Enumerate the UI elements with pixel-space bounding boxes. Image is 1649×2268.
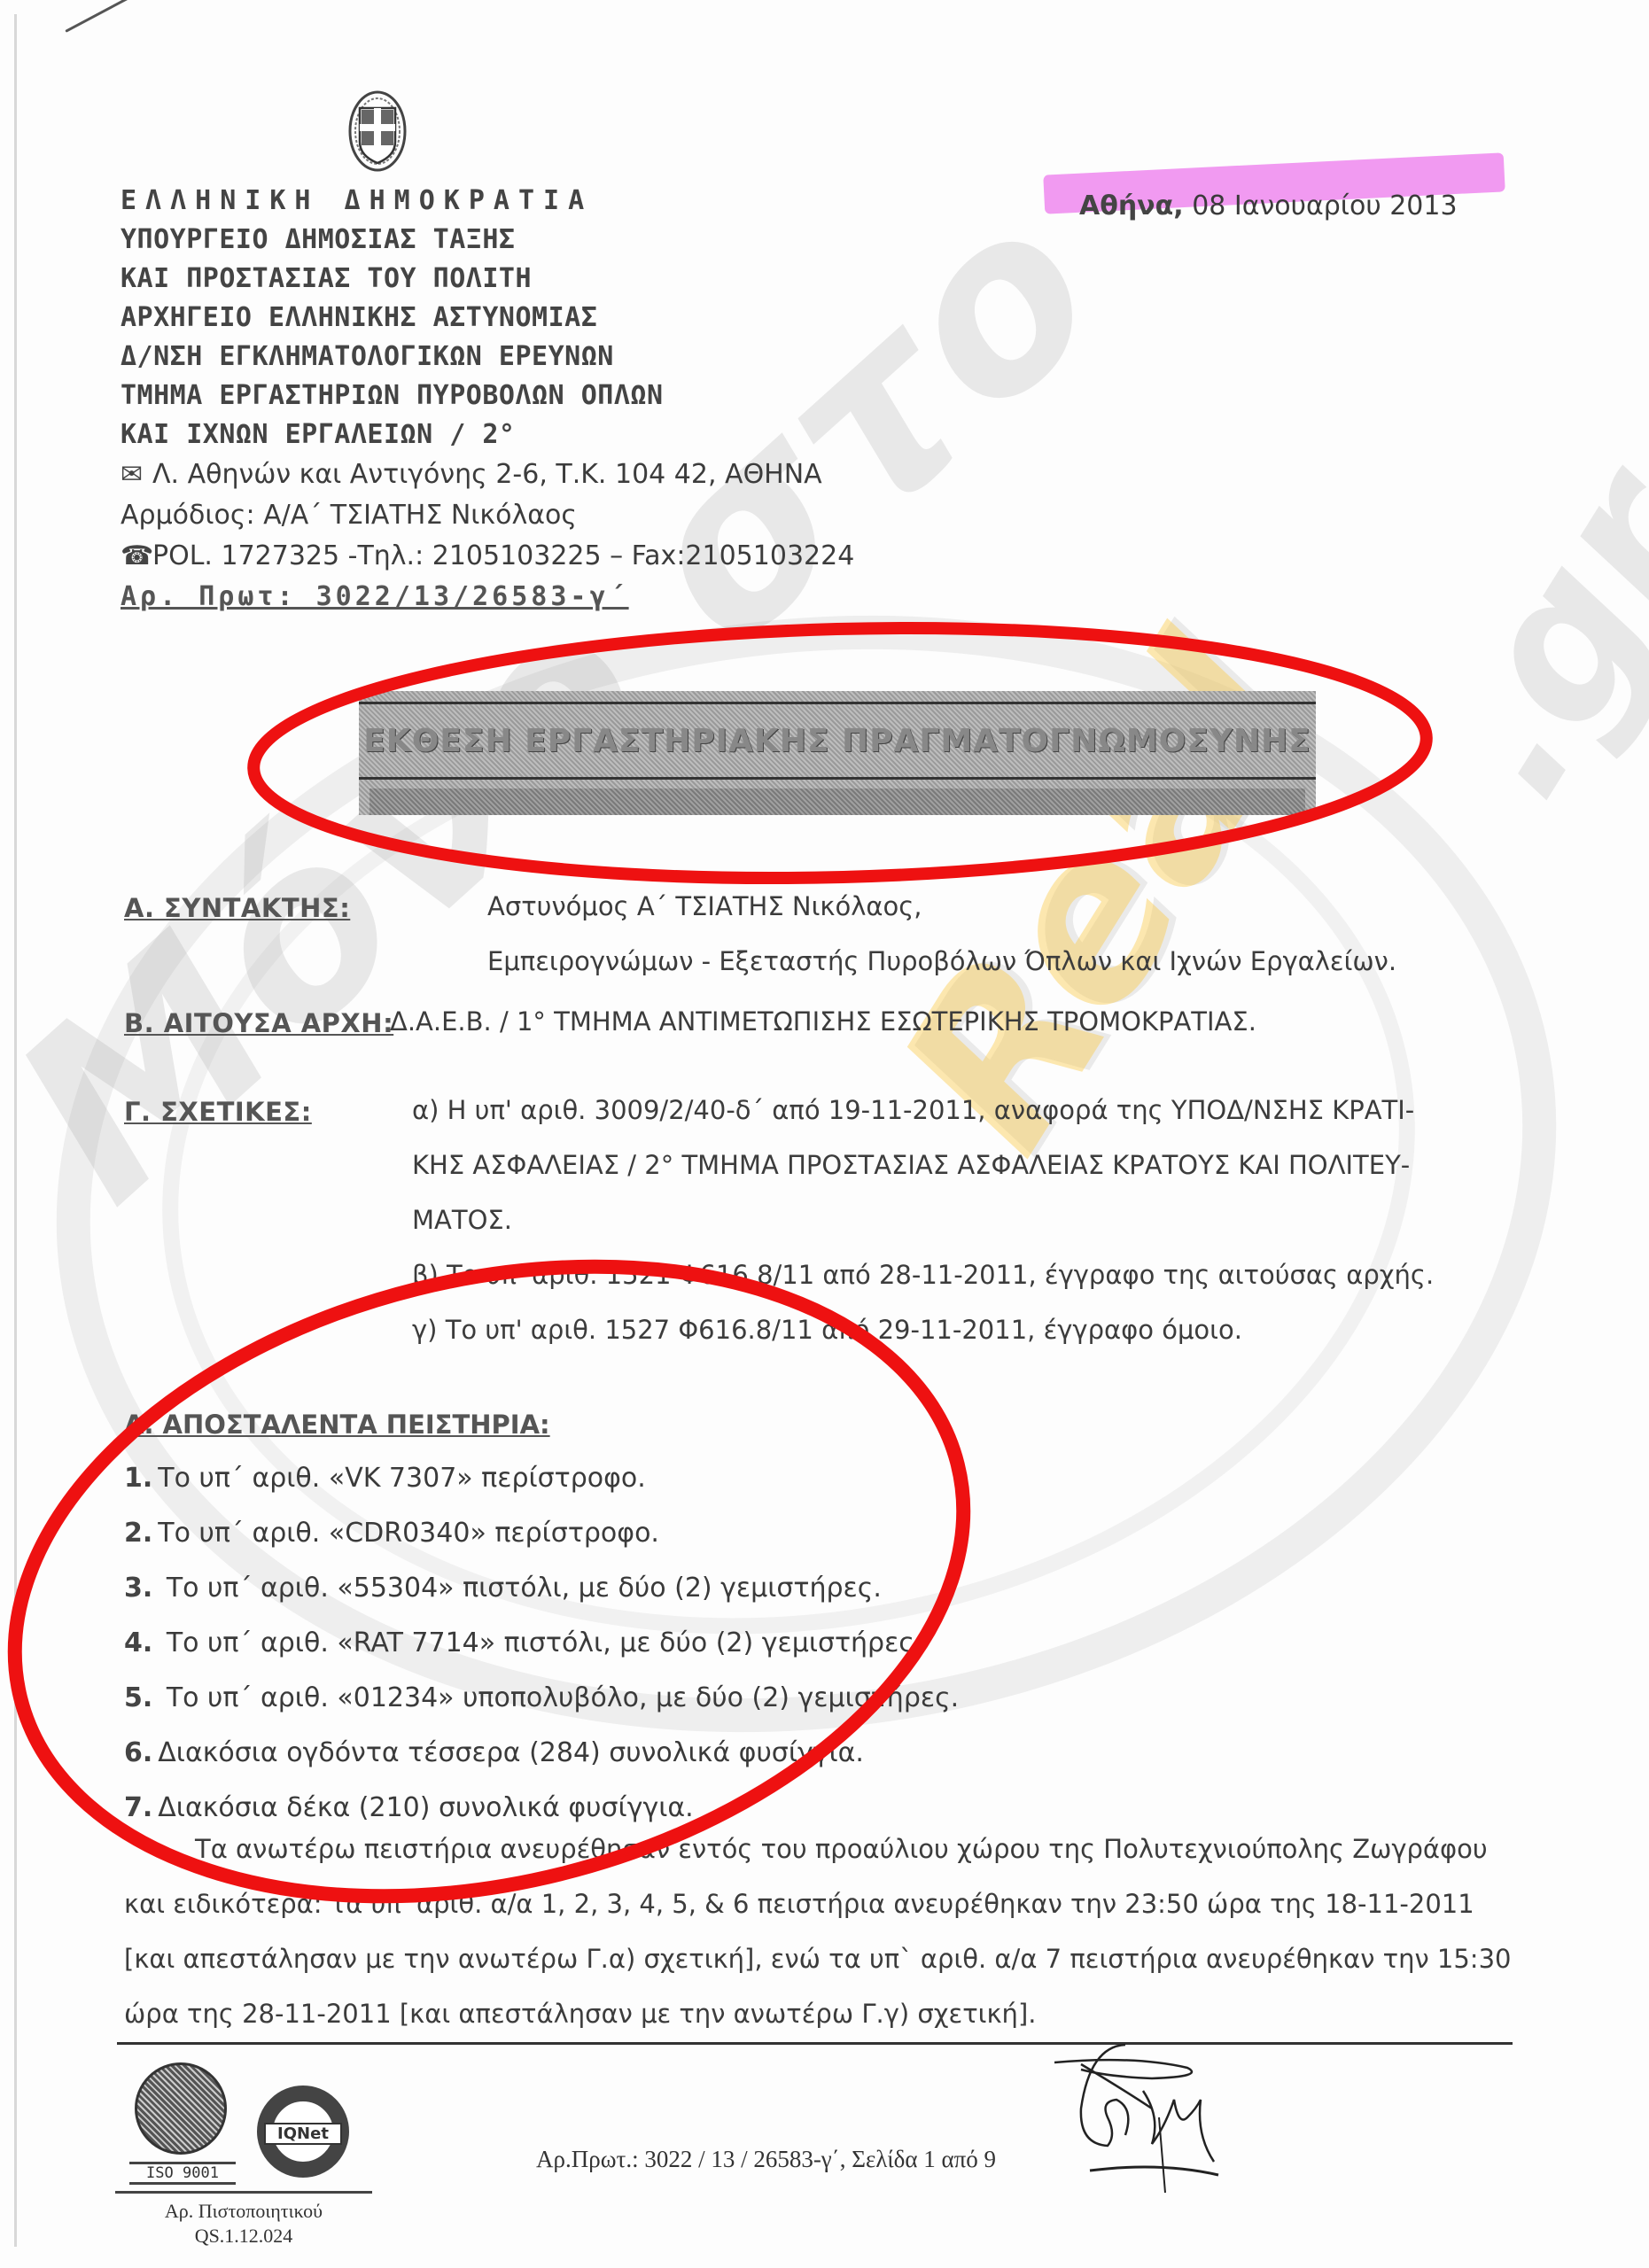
date-city: Αθήνα,: [1079, 190, 1184, 221]
org-line: ΤΜΗΜΑ ΕΡΓΑΣΤΗΡΙΩΝ ΠΥΡΟΒΟΛΩΝ ΟΠΛΩΝ: [121, 377, 854, 416]
certification-logos: ISO 9001 IQNet: [115, 2055, 363, 2188]
certificate-divider: [115, 2191, 372, 2194]
org-line: ΥΠΟΥΡΓΕΙΟ ΔΗΜΟΣΙΑΣ ΤΑΞΗΣ: [121, 221, 854, 260]
address-text: Λ. Αθηνών και Αντιγόνης 2-6, Τ.Κ. 104 42…: [152, 459, 822, 490]
iso-label: ISO 9001: [129, 2162, 236, 2185]
pen-mark: [65, 0, 141, 33]
envelope-icon: ✉: [121, 454, 152, 495]
footer-divider: [117, 2042, 1513, 2045]
evidence-item: 6.Διακόσια ογδόντα τέσσερα (284) συνολικ…: [124, 1726, 959, 1781]
related-line: α) Η υπ' αριθ. 3009/2/40-δ΄ από 19-11-20…: [412, 1083, 1434, 1138]
watermark-tld: .gr: [1382, 434, 1649, 834]
requesting-authority-text: Δ.Α.Ε.Β. / 1° ΤΜΗΜΑ ΑΝΤΙΜΕΤΩΠΙΣΗΣ ΕΣΩΤΕΡ…: [390, 994, 1256, 1049]
contact-phone: ☎POL. 1727325 -Τηλ.: 2105103225 – Fax:21…: [121, 536, 854, 577]
document-date: Αθήνα, 08 Ιανουαρίου 2013: [1079, 190, 1458, 221]
phone-text: POL. 1727325 -Τηλ.: 2105103225 – Fax:210…: [152, 540, 854, 571]
related-line: ΜΑΤΟΣ.: [412, 1192, 1434, 1247]
page-edge: [14, 14, 17, 2247]
org-line: ΚΑΙ ΙΧΝΩΝ ΕΡΓΑΛΕΙΩΝ / 2°: [121, 416, 854, 454]
letterhead: ΕΛΛΗΝΙΚΗ ΔΗΜΟΚΡΑΤΙΑ ΥΠΟΥΡΓΕΙΟ ΔΗΜΟΣΙΑΣ Τ…: [121, 182, 854, 617]
protocol-number: Αρ. Πρωτ: 3022/13/26583-γ΄: [121, 577, 854, 617]
section-label: Δ. ΑΠΟΣΤΑΛΕΝΤΑ ΠΕΙΣΤΗΡΙΑ:: [124, 1398, 959, 1451]
section-label: Γ. ΣΧΕΤΙΚΕΣ:: [124, 1097, 312, 1127]
section-evidence: Δ. ΑΠΟΣΤΑΛΕΝΤΑ ΠΕΙΣΤΗΡΙΑ: 1.Το υπ΄ αριθ.…: [124, 1398, 959, 1836]
title-bevel: [369, 788, 1305, 815]
greek-coat-of-arms-icon: [347, 87, 408, 174]
evidence-item: 3. Το υπ΄ αριθ. «55304» πιστόλι, με δύο …: [124, 1561, 959, 1616]
author-name: Αστυνόμος Α΄ ΤΣΙΑΤΗΣ Νικόλαος,: [487, 879, 1396, 934]
report-title-box: ΕΚΘΕΣΗ ΕΡΓΑΣΤΗΡΙΑΚΗΣ ΠΡΑΓΜΑΤΟΓΝΩΜΟΣΥΝΗΣ: [359, 691, 1316, 815]
evidence-item: 2.Το υπ΄ αριθ. «CDR0340» περίστροφο.: [124, 1506, 959, 1561]
section-label: Β. ΑΙΤΟΥΣΑ ΑΡΧΗ:: [124, 1008, 393, 1038]
iqnet-label: IQNet: [264, 2123, 342, 2145]
section-label: Α. ΣΥΝΤΑΚΤΗΣ:: [124, 893, 350, 923]
related-line: ΚΗΣ ΑΣΦΑΛΕΙΑΣ / 2° ΤΜΗΜΑ ΠΡΟΣΤΑΣΙΑΣ ΑΣΦΑ…: [412, 1138, 1434, 1192]
telephone-icon: ☎: [121, 536, 152, 577]
related-line: β) Το υπ' αριθ. 1521 Φ616.8/11 από 28-11…: [412, 1247, 1434, 1302]
evidence-item: 1.Το υπ΄ αριθ. «VK 7307» περίστροφο.: [124, 1451, 959, 1506]
iso-seal-icon: [135, 2062, 227, 2155]
evidence-item: 4. Το υπ΄ αριθ. «RAT 7714» πιστόλι, με δ…: [124, 1616, 959, 1671]
page-reference: Αρ.Πρωτ.: 3022 / 13 / 26583-γ΄, Σελίδα 1…: [536, 2146, 996, 2173]
responsible-officer: Αρμόδιος: Α/Α΄ ΤΣΙΑΤΗΣ Νικόλαος: [121, 495, 854, 536]
author-title: Εμπειρογνώμων - Εξεταστής Πυροβόλων Όπλω…: [487, 934, 1396, 989]
org-line: ΚΑΙ ΠΡΟΣΤΑΣΙΑΣ ΤΟΥ ΠΟΛΙΤΗ: [121, 260, 854, 299]
findings-paragraph: Τα ανωτέρω πειστήρια ανευρέθησαν εντός τ…: [124, 1821, 1515, 2041]
republic-name: ΕΛΛΗΝΙΚΗ ΔΗΜΟΚΡΑΤΙΑ: [121, 182, 854, 221]
evidence-item: 5. Το υπ΄ αριθ. «01234» υποπολυβόλο, με …: [124, 1671, 959, 1726]
certificate-number: Αρ. Πιστοποιητικού QS.1.12.024: [115, 2199, 372, 2249]
address: ✉Λ. Αθηνών και Αντιγόνης 2-6, Τ.Κ. 104 4…: [121, 454, 854, 495]
related-line: γ) Το υπ' αριθ. 1527 Φ616.8/11 από 29-11…: [412, 1302, 1434, 1357]
org-line: ΑΡΧΗΓΕΙΟ ΕΛΛΗΝΙΚΗΣ ΑΣΤΥΝΟΜΙΑΣ: [121, 299, 854, 338]
date-value: 08 Ιανουαρίου 2013: [1192, 190, 1457, 221]
report-title: ΕΚΘΕΣΗ ΕΡΓΑΣΤΗΡΙΑΚΗΣ ΠΡΑΓΜΑΤΟΓΝΩΜΟΣΥΝΗΣ: [363, 723, 1311, 759]
org-line: Δ/ΝΣΗ ΕΓΚΛΗΜΑΤΟΛΟΓΙΚΩΝ ΕΡΕΥΝΩΝ: [121, 338, 854, 377]
signature: [1054, 2038, 1232, 2197]
findings-text: Τα ανωτέρω πειστήρια ανευρέθησαν εντός τ…: [124, 1834, 1511, 2029]
